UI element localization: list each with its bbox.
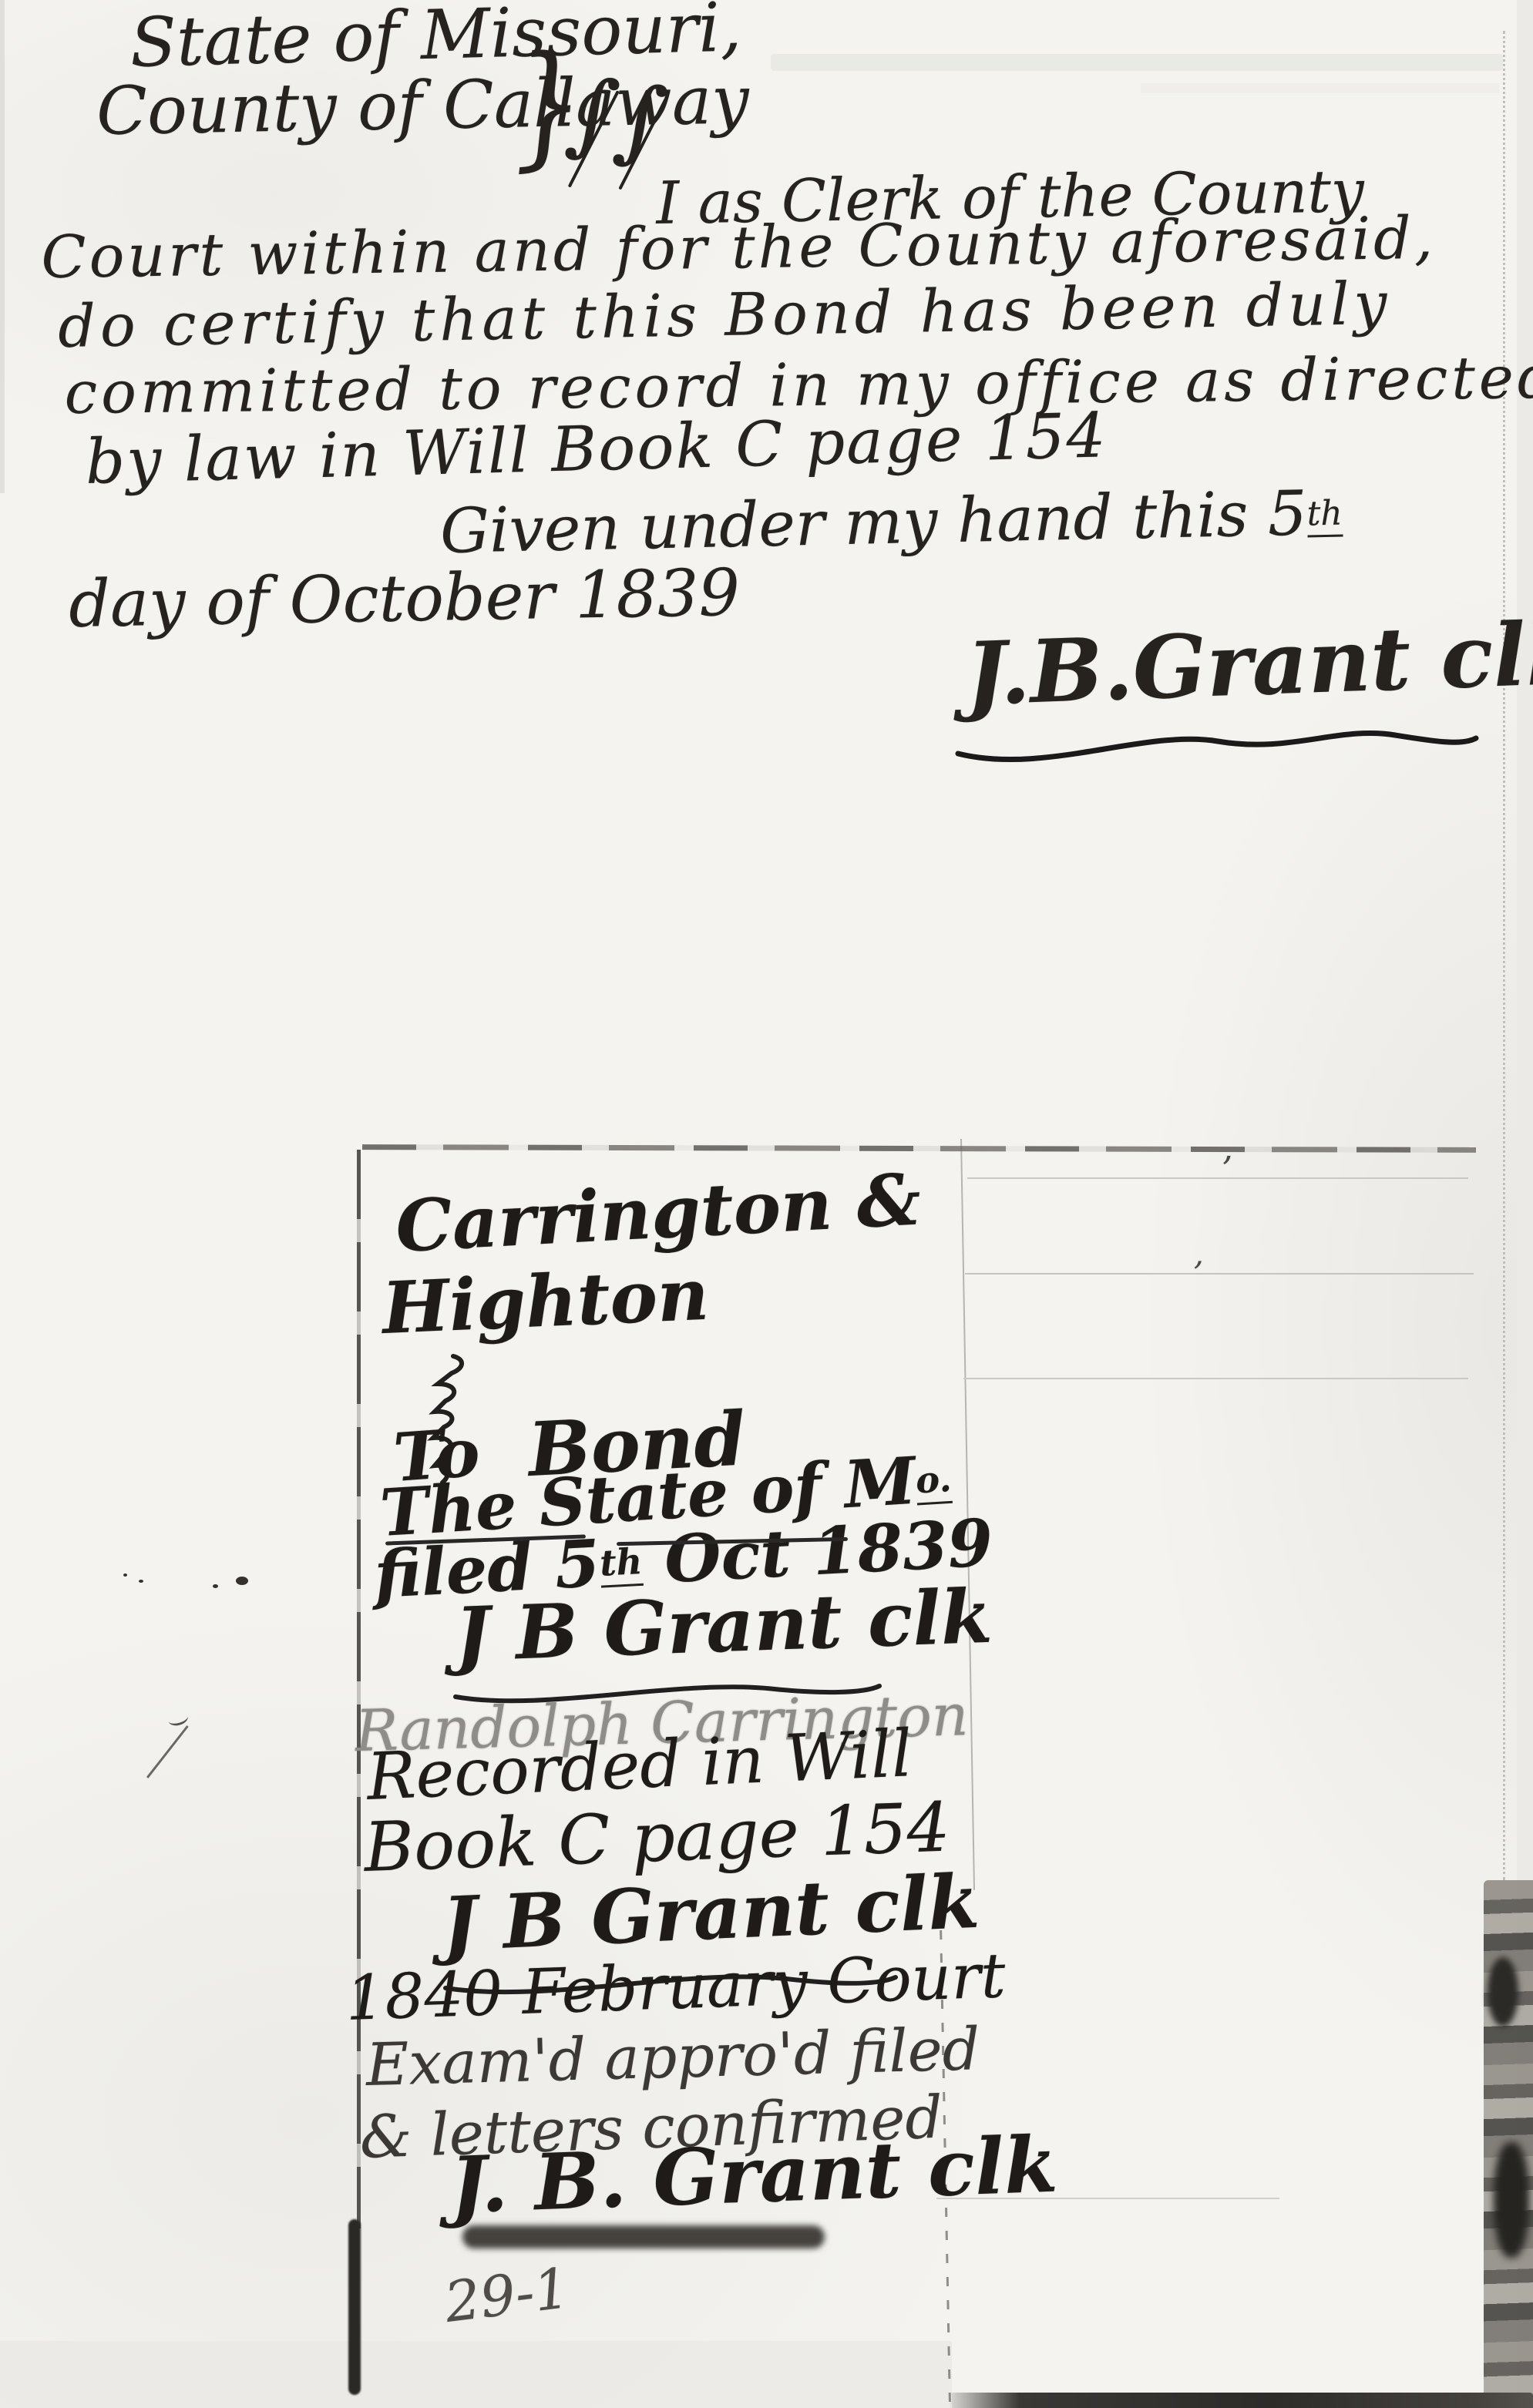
docket-clerk-signature-1: J B Grant clk bbox=[454, 1580, 993, 1672]
scilicet-flourish: ∫∫ bbox=[563, 65, 671, 170]
right-dark-blob-1 bbox=[1488, 1957, 1518, 2027]
docket-left-border bbox=[357, 1150, 361, 2228]
apostrophe-mark-1: ’ bbox=[1222, 1153, 1232, 1187]
ink-speck-1 bbox=[236, 1577, 248, 1585]
top-scan-band-2 bbox=[1141, 83, 1499, 93]
docket-faint-line-3 bbox=[963, 1378, 1468, 1379]
right-dark-blob-2 bbox=[1494, 2142, 1529, 2258]
scanned-document-page: ’ , State of Missouri, County of Callawa… bbox=[0, 0, 1533, 2408]
right-crease-line bbox=[1503, 31, 1505, 1880]
signature-smudge-underline bbox=[462, 2225, 825, 2248]
file-number-annotation: 29-1 bbox=[442, 2260, 572, 2330]
docket-top-border bbox=[362, 1144, 1476, 1153]
ink-speck-2 bbox=[213, 1584, 218, 1588]
bottom-left-gray-band bbox=[0, 2341, 952, 2408]
clerk-signature-main: J.B.Grant clk bbox=[964, 610, 1533, 718]
dated-line-text: Given under my hand this 5 bbox=[439, 477, 1307, 567]
docket-party-line-1: Carrington & bbox=[394, 1164, 923, 1262]
apostrophe-mark-2: , bbox=[1194, 1239, 1204, 1270]
certificate-dated-line-2: day of October 1839 bbox=[69, 560, 741, 636]
ink-speck-4 bbox=[139, 1580, 143, 1583]
docket-party-line-2: Highton bbox=[381, 1259, 710, 1344]
docket-faint-line-1 bbox=[967, 1177, 1468, 1179]
ink-streak-mark bbox=[146, 1725, 189, 1778]
top-scan-band bbox=[771, 54, 1503, 71]
dated-line-ordinal: th bbox=[1306, 493, 1343, 537]
left-edge-shadow bbox=[0, 0, 5, 493]
certificate-dated-line: Given under my hand this 5th bbox=[439, 482, 1343, 563]
filed-line-ordinal: th bbox=[599, 1540, 644, 1588]
docket-clerk-signature-3: J. B. Grant clk bbox=[449, 2126, 1059, 2224]
signature-flourish-main bbox=[952, 723, 1484, 769]
ink-speck-3 bbox=[123, 1573, 127, 1577]
docket-approval-line-1: Exam'd appro'd filed bbox=[365, 2020, 980, 2094]
docket-left-border-heavy bbox=[348, 2219, 361, 2395]
docket-faint-line-2 bbox=[965, 1273, 1474, 1275]
state-line-sup: o. bbox=[915, 1458, 953, 1506]
bottom-dark-streak bbox=[950, 2393, 1533, 2408]
